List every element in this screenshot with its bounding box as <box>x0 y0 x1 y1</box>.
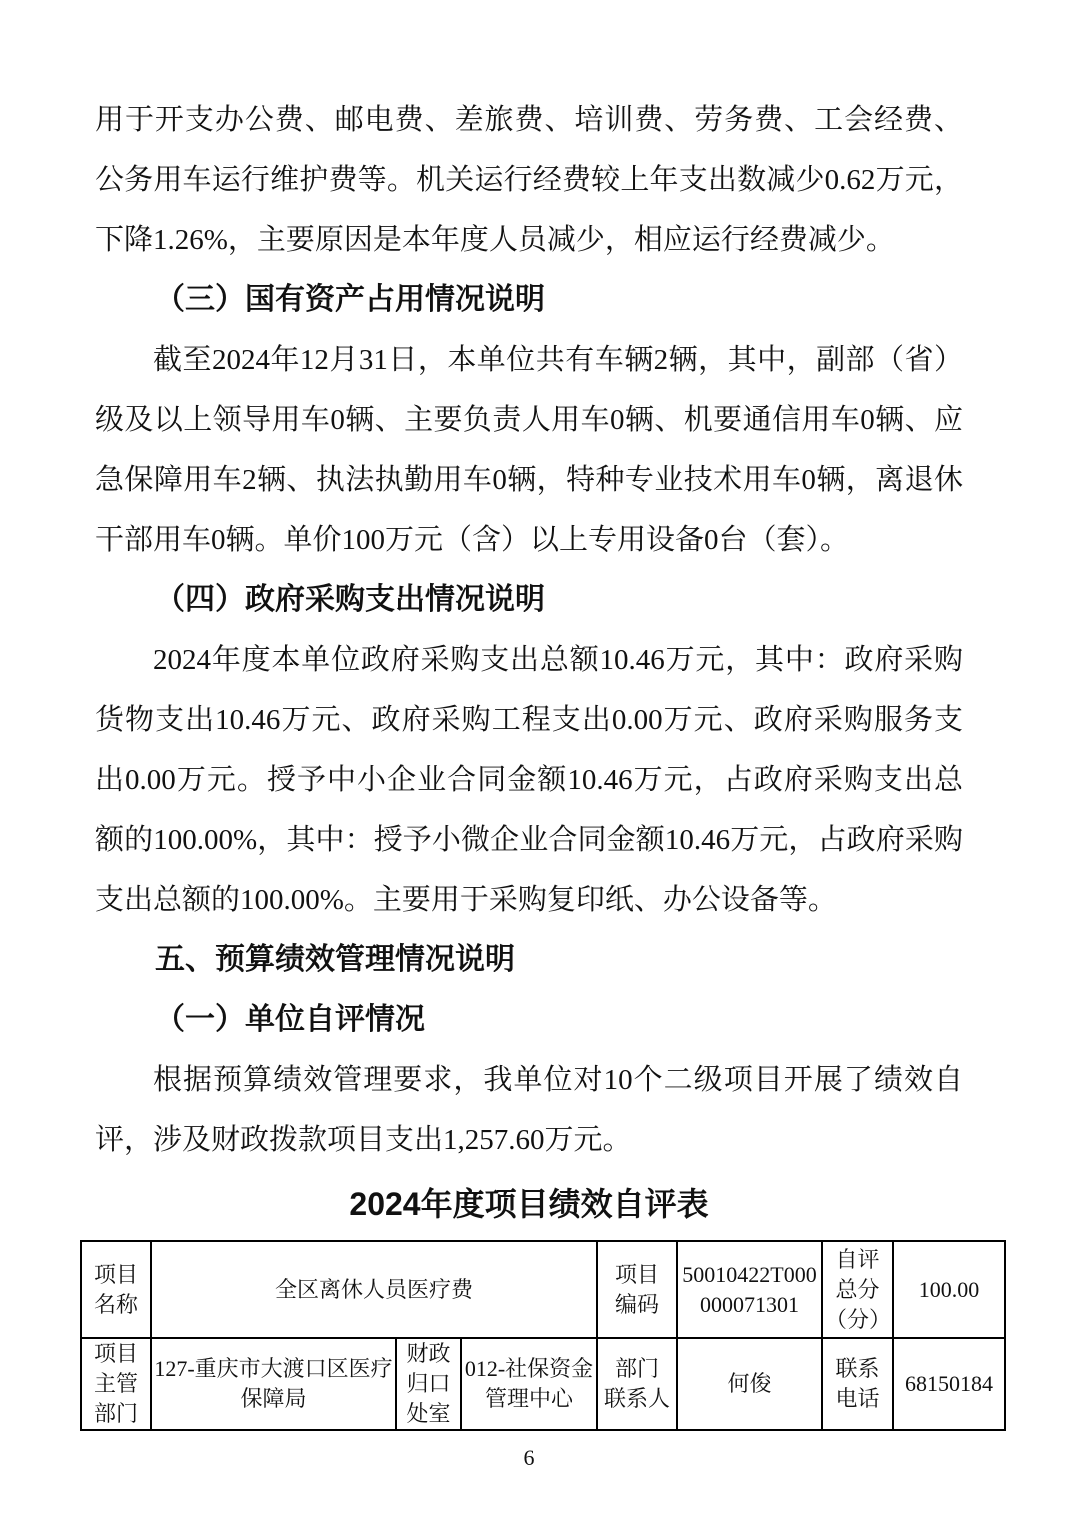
heading-gov-procurement: （四）政府采购支出情况说明 <box>95 570 963 630</box>
self-evaluation-table: 项目 名称 全区离休人员医疗费 项目 编码 50010422T000000071… <box>80 1240 1006 1431</box>
cell-contact-label: 部门 联系人 <box>597 1338 677 1430</box>
cell-contact-value: 何俊 <box>677 1338 822 1430</box>
paragraph-operating-expense-carryover: 用于开支办公费、邮电费、差旅费、培训费、劳务费、工会经费、公务用车运行维护费等。… <box>95 90 963 270</box>
cell-project-code-value: 50010422T000000071301 <box>677 1241 822 1338</box>
cell-finance-office-value: 012-社保资金管理中心 <box>461 1338 597 1430</box>
cell-dept-label: 项目 主管 部门 <box>81 1338 151 1430</box>
table-row: 项目 名称 全区离休人员医疗费 项目 编码 50010422T000000071… <box>81 1241 1005 1338</box>
heading-budget-performance: 五、预算绩效管理情况说明 <box>95 930 963 990</box>
cell-phone-label: 联系 电话 <box>822 1338 893 1430</box>
cell-project-code-label: 项目 编码 <box>597 1241 677 1338</box>
page-number: 6 <box>95 1445 963 1471</box>
paragraph-gov-procurement: 2024年度本单位政府采购支出总额10.46万元，其中：政府采购货物支出10.4… <box>95 630 963 930</box>
cell-self-score-value: 100.00 <box>893 1241 1005 1338</box>
paragraph-state-assets: 截至2024年12月31日，本单位共有车辆2辆，其中，副部（省）级及以上领导用车… <box>95 330 963 570</box>
heading-state-assets: （三）国有资产占用情况说明 <box>95 270 963 330</box>
cell-dept-value: 127-重庆市大渡口区医疗保障局 <box>151 1338 396 1430</box>
document-page: 用于开支办公费、邮电费、差旅费、培训费、劳务费、工会经费、公务用车运行维护费等。… <box>0 0 1075 1520</box>
paragraph-self-evaluation: 根据预算绩效管理要求，我单位对10个二级项目开展了绩效自评，涉及财政拨款项目支出… <box>95 1050 963 1170</box>
table-row: 项目 主管 部门 127-重庆市大渡口区医疗保障局 财政 归口 处室 012-社… <box>81 1338 1005 1430</box>
heading-unit-self-evaluation: （一）单位自评情况 <box>95 990 963 1050</box>
cell-phone-value: 68150184 <box>893 1338 1005 1430</box>
cell-project-name-label: 项目 名称 <box>81 1241 151 1338</box>
table-title-self-evaluation: 2024年度项目绩效自评表 <box>95 1176 963 1232</box>
cell-project-name-value: 全区离休人员医疗费 <box>151 1241 597 1338</box>
cell-self-score-label: 自评 总分 （分） <box>822 1241 893 1338</box>
cell-finance-office-label: 财政 归口 处室 <box>396 1338 461 1430</box>
